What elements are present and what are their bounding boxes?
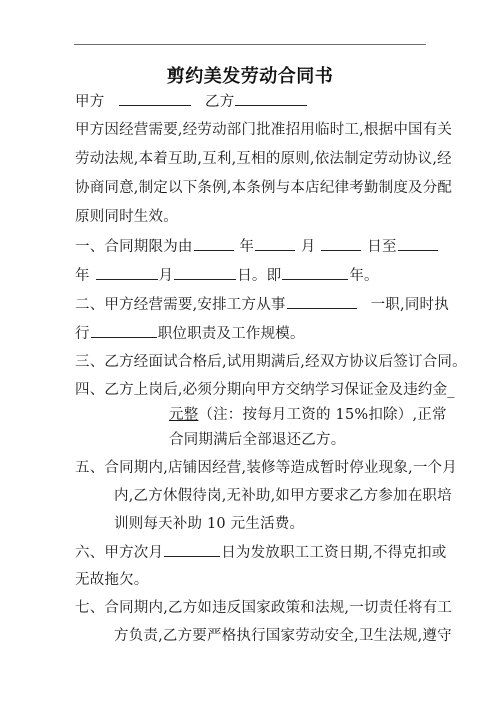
- clause-1-text-f: 月: [159, 268, 174, 284]
- start-month-blank[interactable]: [255, 236, 295, 251]
- clause-2-text-a: 二、甲方经营需要,安排工方从事: [75, 297, 286, 313]
- clause-4-line-2: 元整（注：按每月工资的 15%扣除）,正常: [169, 405, 447, 425]
- preamble-line-3: 协商同意,制定以下条例,本条例与本店纪律考勤制度及分配: [75, 178, 452, 198]
- clause-2-text-c: 行: [75, 326, 90, 342]
- clause-4-line-1: 四、乙方上岗后,必须分期向甲方交纳学习保证金及违约金_: [75, 380, 455, 400]
- duty-blank[interactable]: [91, 323, 157, 338]
- clause-5-line-2: 内,乙方休假待岗,无补助,如甲方要求乙方参加在职培: [114, 486, 452, 506]
- clause-1-text-b: 年: [235, 239, 255, 255]
- duration-years-blank[interactable]: [282, 265, 348, 280]
- start-year-blank[interactable]: [194, 236, 234, 251]
- party-b-blank[interactable]: [235, 91, 307, 106]
- clause-6-line-1: 六、甲方次月日为发放职工工资日期,不得克扣或: [75, 542, 447, 563]
- clause-1-text-d: 日至: [362, 239, 396, 255]
- party-b-label: 乙方: [205, 94, 234, 110]
- clause-4-rest: （注：按每月工资的 15%扣除）,正常: [198, 407, 446, 423]
- clause-2-line-1: 二、甲方经营需要,安排工方从事一职,同时执: [75, 294, 449, 315]
- party-a-label: 甲方: [75, 94, 104, 110]
- clause-2-text-d: 职位职责及工作规模。: [158, 326, 305, 342]
- preamble-line-2: 劳动法规,本着互助,互利,互相的原则,依法制定劳动协议,经: [75, 149, 452, 169]
- clause-1-text-e: 年: [75, 268, 95, 284]
- clause-7-line-2: 方负责,乙方要严格执行国家劳动安全,卫生法规,遵守: [114, 626, 452, 646]
- clause-1-text-a: 一、合同期限为由: [75, 239, 193, 255]
- clause-5-line-1: 五、合同期内,店铺因经营,装修等造成暂时停业现象,一个月: [75, 458, 457, 478]
- clause-6-line-2: 无故拖欠。: [75, 570, 149, 590]
- end-year-blank[interactable]: [398, 236, 438, 251]
- clause-1-text-h: 年。: [349, 268, 378, 284]
- clause-6-text-a: 六、甲方次月: [75, 545, 163, 561]
- clause-7-line-1: 七、合同期内,乙方如违反国家政策和法规,一切责任将有工: [75, 598, 452, 618]
- clause-3: 三、乙方经面试合格后,试用期满后,经双方协议后签订合同。: [75, 352, 467, 372]
- preamble-line-1: 甲方因经营需要,经劳动部门批准招用临时工,根据中国有关: [75, 120, 452, 140]
- header-rule: [74, 44, 426, 45]
- clause-1-line-2: 年 月日。即年。: [75, 265, 379, 286]
- clause-4-line-3: 合同期满后全部退还乙方。: [169, 430, 345, 450]
- clause-1-text-g: 日。即: [237, 268, 281, 284]
- payday-blank[interactable]: [164, 542, 220, 557]
- clause-1-text-c: 月: [296, 239, 320, 255]
- clause-1-line-1: 一、合同期限为由 年 月 日至: [75, 236, 439, 257]
- end-month-blank[interactable]: [96, 265, 158, 280]
- party-a-blank[interactable]: [119, 91, 191, 106]
- clause-4-underlined: 元整: [169, 407, 198, 423]
- clause-5-line-3: 训则每天补助 10 元生活费。: [114, 514, 304, 534]
- position-blank[interactable]: [287, 294, 357, 309]
- clause-2-line-2: 行职位职责及工作规模。: [75, 323, 305, 344]
- preamble-line-4: 原则同时生效。: [75, 207, 178, 227]
- clause-2-text-b: 一职,同时执: [371, 297, 449, 313]
- document-title: 剪约美发劳动合同书: [0, 62, 500, 88]
- parties-line: 甲方 乙方: [75, 91, 308, 112]
- end-day-blank[interactable]: [174, 265, 236, 280]
- clause-6-text-b: 日为发放职工工资日期,不得克扣或: [221, 545, 446, 561]
- start-day-blank[interactable]: [321, 236, 361, 251]
